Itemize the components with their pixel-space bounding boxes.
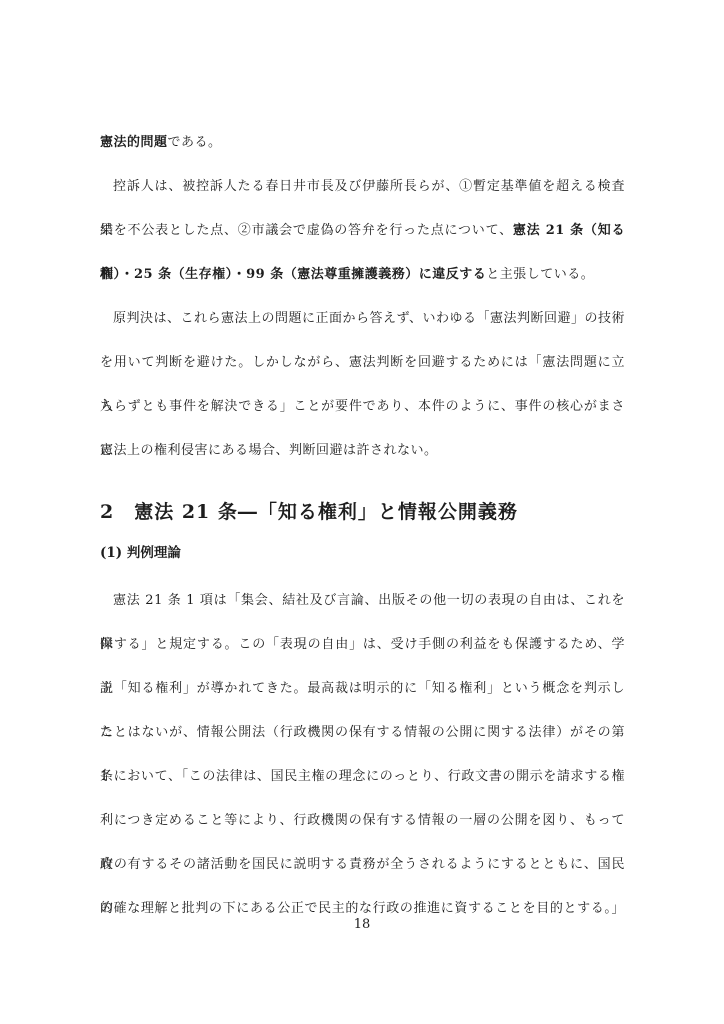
- body-line: 果を不公表とした点、②市議会で虚偽の答弁を行った点について、憲法 21 条（知る…: [100, 209, 625, 253]
- body-line: 控訴人は、被控訴人たる春日井市長及び伊藤所長らが、①暫定基準値を超える検査結: [100, 165, 625, 209]
- text-run: である。: [168, 135, 222, 150]
- text-run: と主張している。: [486, 267, 594, 282]
- body-line: 障する」と規定する。この「表現の自由」は、受け手側の利益をも保護するため、学説: [100, 623, 625, 667]
- section-heading: 2 憲法 21 条―「知る権利」と情報公開義務: [100, 497, 625, 527]
- body-line: 憲法的問題である。: [100, 121, 625, 165]
- text-block: 憲法的問題である。 控訴人は、被控訴人たる春日井市長及び伊藤所長らが、①暫定基準…: [100, 121, 625, 931]
- body-line: 上「知る権利」が導かれてきた。最高裁は明示的に「知る権利」という概念を判示した: [100, 667, 625, 711]
- body-line: を用いて判断を避けた。しかしながら、憲法判断を回避するためには「憲法問題に立ち: [100, 341, 625, 385]
- bold-run: 憲法的問題: [100, 135, 168, 150]
- body-line: 憲法 21 条 1 項は「集会、結社及び言論、出版その他一切の表現の自由は、これ…: [100, 579, 625, 623]
- text-run: 果を不公表とした点、②市議会で虚偽の答弁を行った点について、: [100, 223, 513, 238]
- bold-run: 利）・25 条（生存権）・99 条（憲法尊重擁護義務）に違反する: [100, 267, 486, 282]
- body-line: 原判決は、これら憲法上の問題に正面から答えず、いわゆる「憲法判断回避」の技術: [100, 297, 625, 341]
- text-run: 条において、「この法律は、国民主権の理念にのっとり、行政文書の開示を請求する権: [100, 769, 625, 784]
- body-line: 利につき定めること等により、行政機関の保有する情報の一層の公開を図り、もって政: [100, 799, 625, 843]
- document-page: 憲法的問題である。 控訴人は、被控訴人たる春日井市長及び伊藤所長らが、①暫定基準…: [0, 0, 724, 1024]
- body-line: 条において、「この法律は、国民主権の理念にのっとり、行政文書の開示を請求する権: [100, 755, 625, 799]
- body-line: 府の有するその諸活動を国民に説明する責務が全うされるようにするとともに、国民の: [100, 843, 625, 887]
- body-line: 入らずとも事件を解決できる」ことが要件であり、本件のように、事件の核心がまさに: [100, 385, 625, 429]
- body-line: ことはないが、情報公開法（行政機関の保有する情報の公開に関する法律）がその第 1: [100, 711, 625, 755]
- text-run: 憲法上の権利侵害にある場合、判断回避は許されない。: [100, 443, 438, 458]
- subsection-heading: (1) 判例理論: [100, 541, 625, 565]
- body-line: 利）・25 条（生存権）・99 条（憲法尊重擁護義務）に違反すると主張している。: [100, 253, 625, 297]
- body-line: 憲法上の権利侵害にある場合、判断回避は許されない。: [100, 429, 625, 473]
- page-number: 18: [0, 910, 724, 940]
- text-run: 原判決は、これら憲法上の問題に正面から答えず、いわゆる「憲法判断回避」の技術: [113, 311, 625, 326]
